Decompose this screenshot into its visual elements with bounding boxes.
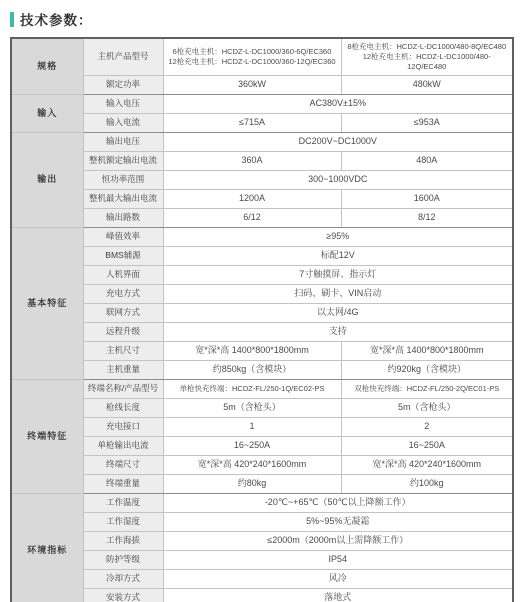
table-row: 充电接口 1 2 — [11, 418, 513, 437]
table-row: 工作海拔 ≤2000m（2000m以上需降额工作） — [11, 532, 513, 551]
spec-label: 终端尺寸 — [83, 456, 163, 475]
spec-value: ≤953A — [341, 114, 513, 133]
table-row: 额定功率 360kW 480kW — [11, 76, 513, 95]
spec-label: 恒功率范围 — [83, 171, 163, 190]
spec-value: 约80kg — [163, 475, 341, 494]
spec-label: 充电方式 — [83, 285, 163, 304]
spec-label: 工作湿度 — [83, 513, 163, 532]
spec-label: 整机最大输出电流 — [83, 190, 163, 209]
table-row: 充电方式 扫码、刷卡、VIN启动 — [11, 285, 513, 304]
table-row: BMS辅源 标配12V — [11, 247, 513, 266]
table-row: 安装方式 落地式 — [11, 589, 513, 602]
table-row: 规格 主机产品型号 6枪充电主机：HCDZ-L-DC1000/360-6Q/EC… — [11, 38, 513, 76]
spec-label: 远程升级 — [83, 323, 163, 342]
table-row: 主机尺寸 宽*深*高 1400*800*1800mm 宽*深*高 1400*80… — [11, 342, 513, 361]
spec-value: 标配12V — [163, 247, 513, 266]
category-cell: 输出 — [11, 133, 83, 228]
spec-value: 8枪充电主机：HCDZ-L-DC1000/480-8Q/EC480 12枪充电主… — [341, 38, 513, 76]
table-row: 工作湿度 5%~95%无凝霜 — [11, 513, 513, 532]
spec-value: 300~1000VDC — [163, 171, 513, 190]
spec-label: 防护等级 — [83, 551, 163, 570]
spec-value: AC380V±15% — [163, 95, 513, 114]
spec-value: 约920kg（含模块） — [341, 361, 513, 380]
spec-value: 7寸触摸屏、指示灯 — [163, 266, 513, 285]
spec-label: 输出电压 — [83, 133, 163, 152]
spec-value: 扫码、刷卡、VIN启动 — [163, 285, 513, 304]
table-row: 终端尺寸 宽*深*高 420*240*1600mm 宽*深*高 420*240*… — [11, 456, 513, 475]
spec-value: 1 — [163, 418, 341, 437]
spec-value: -20℃~+65℃（50℃以上降额工作） — [163, 494, 513, 513]
table-row: 恒功率范围 300~1000VDC — [11, 171, 513, 190]
spec-value: 360A — [163, 152, 341, 171]
spec-label: 输出路数 — [83, 209, 163, 228]
spec-value: 8/12 — [341, 209, 513, 228]
spec-value: 6/12 — [163, 209, 341, 228]
spec-value: 16~250A — [163, 437, 341, 456]
table-row: 远程升级 支持 — [11, 323, 513, 342]
table-row: 输入电流 ≤715A ≤953A — [11, 114, 513, 133]
table-row: 终端特征 终端名称/产品型号 单枪快充终端：HCDZ-FL/250-1Q/EC0… — [11, 380, 513, 399]
spec-value: 单枪快充终端：HCDZ-FL/250-1Q/EC02-PS — [163, 380, 341, 399]
spec-value: IP54 — [163, 551, 513, 570]
category-cell: 输入 — [11, 95, 83, 133]
spec-value: ≤715A — [163, 114, 341, 133]
table-row: 联网方式 以太网/4G — [11, 304, 513, 323]
spec-value: 360kW — [163, 76, 341, 95]
spec-value: 落地式 — [163, 589, 513, 602]
spec-label: 输入电压 — [83, 95, 163, 114]
spec-label: 主机尺寸 — [83, 342, 163, 361]
spec-label: 单枪输出电流 — [83, 437, 163, 456]
spec-label: BMS辅源 — [83, 247, 163, 266]
spec-label: 终端名称/产品型号 — [83, 380, 163, 399]
spec-page: 技术参数： 规格 主机产品型号 6枪充电主机：HCDZ-L-DC1000/360… — [0, 0, 527, 602]
spec-label: 工作温度 — [83, 494, 163, 513]
category-cell: 终端特征 — [11, 380, 83, 494]
spec-label: 输入电流 — [83, 114, 163, 133]
table-row: 冷却方式 风冷 — [11, 570, 513, 589]
spec-value: 宽*深*高 1400*800*1800mm — [163, 342, 341, 361]
spec-value: 以太网/4G — [163, 304, 513, 323]
spec-value: 2 — [341, 418, 513, 437]
table-row: 环境指标 工作温度 -20℃~+65℃（50℃以上降额工作） — [11, 494, 513, 513]
spec-value: 风冷 — [163, 570, 513, 589]
spec-value: 约850kg（含模块） — [163, 361, 341, 380]
table-row: 基本特征 峰值效率 ≥95% — [11, 228, 513, 247]
spec-value: 双枪快充终端：HCDZ-FL/250-2Q/EC01-PS — [341, 380, 513, 399]
table-row: 输出路数 6/12 8/12 — [11, 209, 513, 228]
table-row: 整机最大输出电流 1200A 1600A — [11, 190, 513, 209]
spec-table: 规格 主机产品型号 6枪充电主机：HCDZ-L-DC1000/360-6Q/EC… — [10, 37, 514, 602]
spec-label: 峰值效率 — [83, 228, 163, 247]
spec-value: 6枪充电主机：HCDZ-L-DC1000/360-6Q/EC360 12枪充电主… — [163, 38, 341, 76]
table-row: 终端重量 约80kg 约100kg — [11, 475, 513, 494]
page-title: 技术参数： — [20, 9, 93, 29]
category-cell: 基本特征 — [11, 228, 83, 380]
spec-value: 1200A — [163, 190, 341, 209]
spec-value: 宽*深*高 420*240*1600mm — [341, 456, 513, 475]
spec-label: 联网方式 — [83, 304, 163, 323]
spec-value: 约100kg — [341, 475, 513, 494]
spec-value: ≥95% — [163, 228, 513, 247]
spec-value: 1600A — [341, 190, 513, 209]
spec-label: 整机额定输出电流 — [83, 152, 163, 171]
spec-label: 枪线长度 — [83, 399, 163, 418]
spec-value: ≤2000m（2000m以上需降额工作） — [163, 532, 513, 551]
section-heading: 技术参数： — [10, 9, 517, 29]
spec-value: 支持 — [163, 323, 513, 342]
spec-value: 宽*深*高 420*240*1600mm — [163, 456, 341, 475]
table-row: 输出 输出电压 DC200V~DC1000V — [11, 133, 513, 152]
spec-value: 宽*深*高 1400*800*1800mm — [341, 342, 513, 361]
table-row: 防护等级 IP54 — [11, 551, 513, 570]
spec-value: 5m（含枪头） — [341, 399, 513, 418]
category-cell: 环境指标 — [11, 494, 83, 602]
spec-label: 工作海拔 — [83, 532, 163, 551]
table-row: 输入 输入电压 AC380V±15% — [11, 95, 513, 114]
spec-label: 安装方式 — [83, 589, 163, 602]
spec-label: 冷却方式 — [83, 570, 163, 589]
title-accent-bar — [10, 12, 14, 27]
spec-value: 5%~95%无凝霜 — [163, 513, 513, 532]
spec-label: 人机界面 — [83, 266, 163, 285]
category-cell: 规格 — [11, 38, 83, 95]
spec-label: 主机产品型号 — [83, 38, 163, 76]
spec-label: 额定功率 — [83, 76, 163, 95]
table-row: 整机额定输出电流 360A 480A — [11, 152, 513, 171]
table-row: 单枪输出电流 16~250A 16~250A — [11, 437, 513, 456]
spec-label: 终端重量 — [83, 475, 163, 494]
spec-label: 充电接口 — [83, 418, 163, 437]
spec-value: 5m（含枪头） — [163, 399, 341, 418]
table-row: 枪线长度 5m（含枪头） 5m（含枪头） — [11, 399, 513, 418]
table-row: 人机界面 7寸触摸屏、指示灯 — [11, 266, 513, 285]
spec-value: 480kW — [341, 76, 513, 95]
table-row: 主机重量 约850kg（含模块） 约920kg（含模块） — [11, 361, 513, 380]
spec-value: 16~250A — [341, 437, 513, 456]
spec-label: 主机重量 — [83, 361, 163, 380]
spec-value: DC200V~DC1000V — [163, 133, 513, 152]
spec-value: 480A — [341, 152, 513, 171]
